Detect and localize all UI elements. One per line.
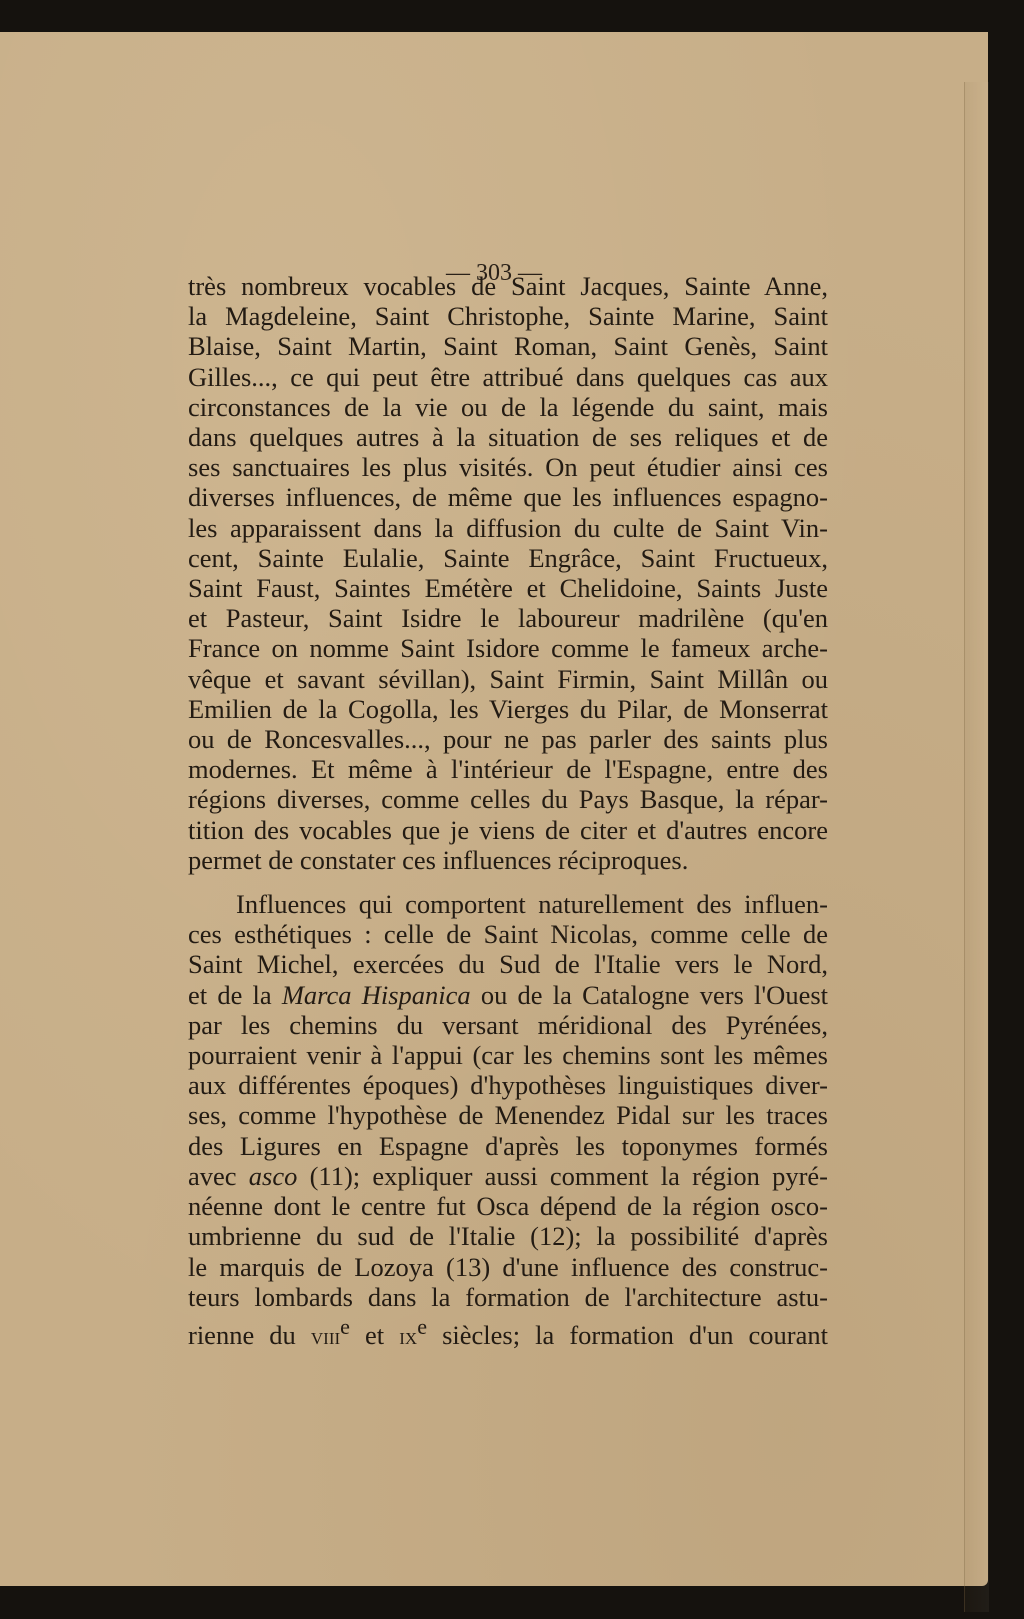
text-line: par les chemins du versant méridional de… — [188, 1010, 828, 1040]
text-run: avec — [188, 1161, 249, 1191]
roman-numeral: ix — [399, 1324, 417, 1350]
text-line: très nombreux vocables de Saint Jacques,… — [188, 271, 828, 301]
text-line: des Ligures en Espagne d'après les topon… — [188, 1131, 828, 1161]
text-run: ou de la Catalogne vers l'Ouest — [471, 980, 828, 1010]
text-line: ou de Roncesvalles..., pour ne pas parle… — [188, 724, 828, 754]
text-line: permet de constater ces influences récip… — [188, 845, 828, 875]
text-line: ses sanctuaires les plus visités. On peu… — [188, 452, 828, 482]
text-line: Saint Michel, exercées du Sud de l'Itali… — [188, 949, 828, 979]
text-line: pourraient venir à l'appui (car les chem… — [188, 1040, 828, 1070]
text-run: siècles; la formation d'un courant — [427, 1320, 828, 1350]
superscript: e — [340, 1314, 350, 1339]
text-line: la Magdeleine, Saint Christophe, Sainte … — [188, 301, 828, 331]
text-line: régions diverses, comme celles du Pays B… — [188, 784, 828, 814]
text-line: umbrienne du sud de l'Italie (12); la po… — [188, 1221, 828, 1251]
italic-term: asco — [249, 1161, 298, 1191]
text-run: et de la — [188, 980, 282, 1010]
roman-numeral: viii — [311, 1324, 340, 1350]
paragraph-gap — [188, 875, 828, 889]
text-line: France on nomme Saint Isidore comme le f… — [188, 633, 828, 663]
text-run: et — [350, 1320, 399, 1350]
text-line: les apparaissent dans la diffusion du cu… — [188, 513, 828, 543]
text-line: tition des vocables que je viens de cite… — [188, 815, 828, 845]
text-line-with-centuries: rienne du viiie et ixe siècles; la forma… — [188, 1312, 828, 1352]
text-line: le marquis de Lozoya (13) d'une influenc… — [188, 1252, 828, 1282]
text-line: cent, Sainte Eulalie, Sainte Engrâce, Sa… — [188, 543, 828, 573]
body-text: très nombreux vocables de Saint Jacques,… — [188, 271, 828, 1352]
text-line: teurs lombards dans la formation de l'ar… — [188, 1282, 828, 1312]
text-line-with-italic: et de la Marca Hispanica ou de la Catalo… — [188, 980, 828, 1010]
text-line: Gilles..., ce qui peut être attribué dan… — [188, 362, 828, 392]
text-line: Influences qui comportent naturellement … — [188, 889, 828, 919]
text-line: modernes. Et même à l'intérieur de l'Esp… — [188, 754, 828, 784]
italic-term: Marca Hispanica — [282, 980, 471, 1010]
text-line: diverses influences, de même que les inf… — [188, 482, 828, 512]
text-line: aux différentes époques) d'hypothèses li… — [188, 1070, 828, 1100]
text-line: Saint Faust, Saintes Emétère et Chelidoi… — [188, 573, 828, 603]
paragraph-1: très nombreux vocables de Saint Jacques,… — [188, 271, 828, 875]
text-line: Blaise, Saint Martin, Saint Roman, Saint… — [188, 331, 828, 361]
text-line-with-italic: avec asco (11); expliquer aussi comment … — [188, 1161, 828, 1191]
text-line: et Pasteur, Saint Isidre le laboureur ma… — [188, 603, 828, 633]
paragraph-2: Influences qui comportent naturellement … — [188, 889, 828, 1352]
text-line: néenne dont le centre fut Osca dépend de… — [188, 1191, 828, 1221]
superscript: e — [417, 1314, 427, 1339]
page-edge-shadow — [964, 82, 989, 1612]
text-run: rienne du — [188, 1320, 311, 1350]
text-line: Emilien de la Cogolla, les Vierges du Pi… — [188, 694, 828, 724]
text-run: (11); expliquer aussi comment la région … — [297, 1161, 828, 1191]
text-line: dans quelques autres à la situation de s… — [188, 422, 828, 452]
text-line: vêque et savant sévillan), Saint Firmin,… — [188, 664, 828, 694]
text-line: ses, comme l'hypothèse de Menendez Pidal… — [188, 1100, 828, 1130]
text-line: circonstances de la vie ou de la légende… — [188, 392, 828, 422]
text-line: ces esthétiques : celle de Saint Nicolas… — [188, 919, 828, 949]
